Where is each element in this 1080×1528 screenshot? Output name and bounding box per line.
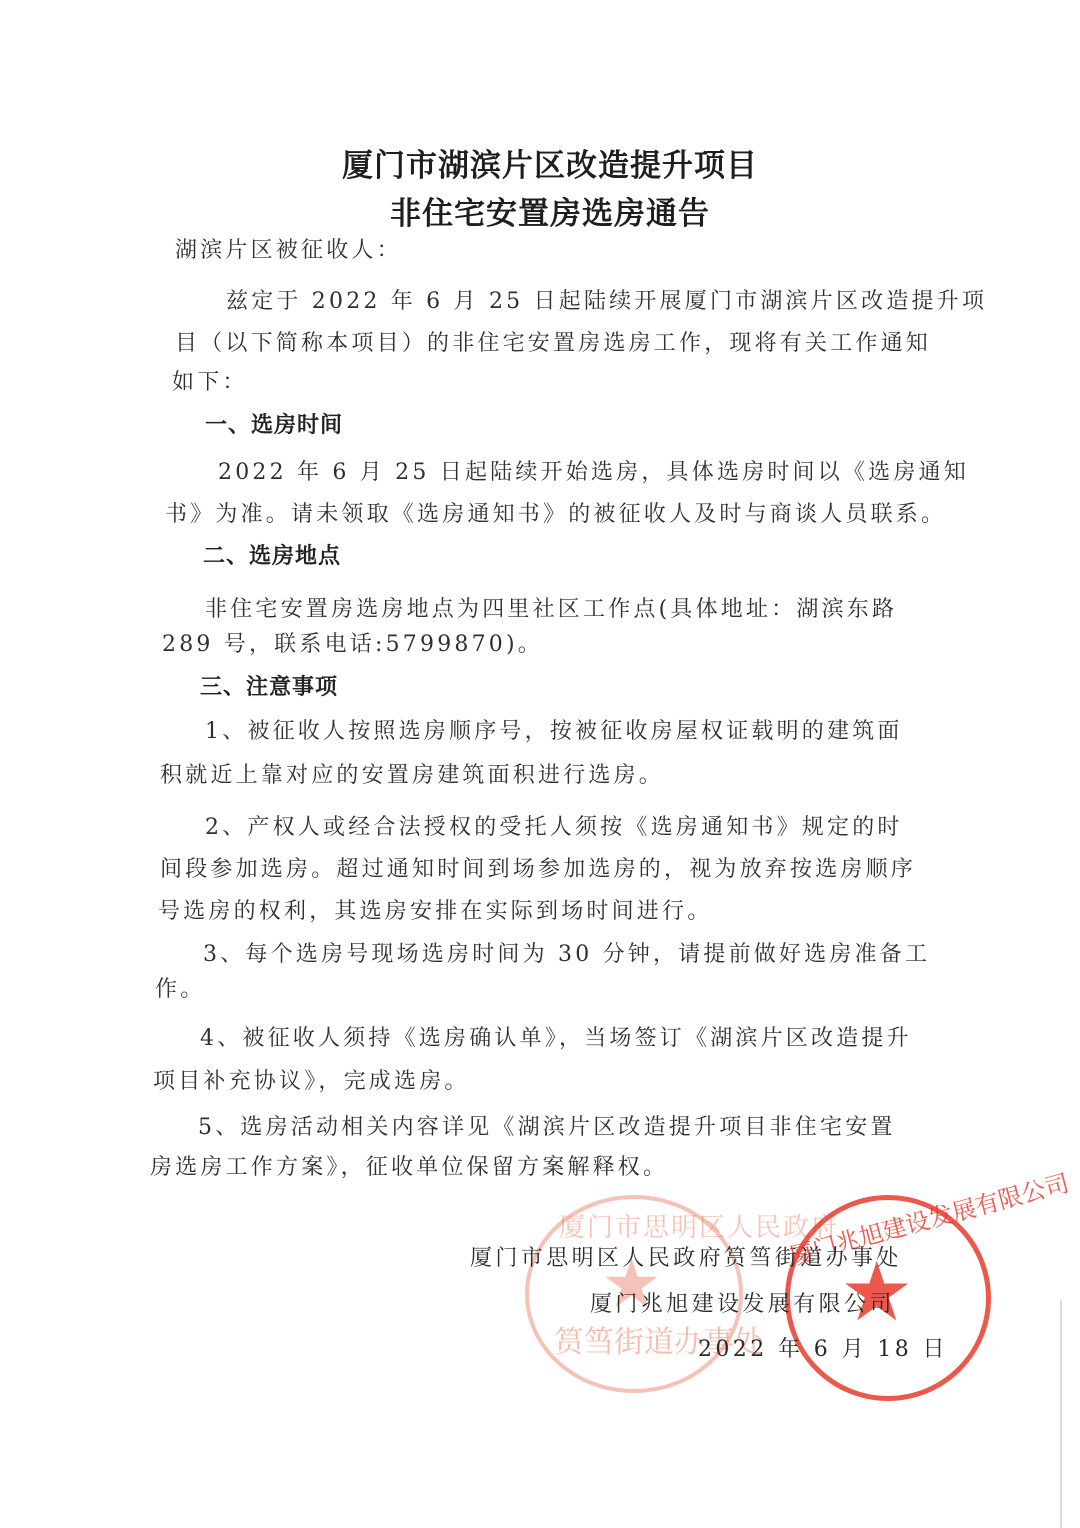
note-item-2-line: 2、产权人或经合法授权的受托人须按《选房通知书》规定的时 bbox=[205, 810, 903, 841]
note-item-4-line: 4、被征收人须持《选房确认单》，当场签订《湖滨片区改造提升 bbox=[200, 1021, 912, 1052]
note-item-5-line: 房选房工作方案》，征收单位保留方案解释权。 bbox=[150, 1150, 668, 1181]
document-page: 厦门市湖滨片区改造提升项目 非住宅安置房选房通告 湖滨片区被征收人： 兹定于 2… bbox=[0, 0, 1080, 1528]
signature-org1: 厦门市思明区人民政府筼筜街道办事处 bbox=[470, 1241, 902, 1272]
note-item-5-line: 5、选房活动相关内容详见《湖滨片区改造提升项目非住宅安置 bbox=[198, 1110, 896, 1141]
section-heading-time: 一、选房时间 bbox=[205, 408, 343, 439]
intro-line: 兹定于 2022 年 6 月 25 日起陆续开展厦门市湖滨片区改造提升项 bbox=[226, 284, 987, 315]
note-item-2-line: 号选房的权利，其选房安排在实际到场时间进行。 bbox=[158, 894, 712, 925]
section-location-line: 289 号，联系电话:5799870)。 bbox=[162, 627, 543, 658]
signature-date: 2022 年 6 月 18 日 bbox=[698, 1332, 948, 1363]
salutation: 湖滨片区被征收人： bbox=[175, 233, 402, 264]
note-item-3-line: 3、每个选房号现场选房时间为 30 分钟，请提前做好选房准备工 bbox=[203, 937, 930, 968]
section-heading-notes: 三、注意事项 bbox=[200, 670, 338, 701]
section-time-line: 书》为准。请未领取《选房通知书》的被征收人及时与商谈人员联系。 bbox=[165, 497, 946, 528]
document-title-line1: 厦门市湖滨片区改造提升项目 bbox=[0, 140, 1080, 185]
note-item-3-line: 作。 bbox=[155, 972, 205, 1003]
note-item-4-line: 项目补充协议》，完成选房。 bbox=[153, 1064, 470, 1095]
note-item-1-line: 1、被征收人按照选房顺序号，按被征收房屋权证载明的建筑面 bbox=[205, 714, 903, 745]
section-location-line: 非住宅安置房选房地点为四里社区工作点(具体地址：湖滨东路 bbox=[205, 592, 897, 623]
section-time-line: 2022 年 6 月 25 日起陆续开始选房，具体选房时间以《选房通知 bbox=[218, 455, 969, 486]
scan-edge-divider bbox=[1060, 1300, 1062, 1528]
note-item-2-line: 间段参加选房。超过通知时间到场参加选房的，视为放弃按选房顺序 bbox=[160, 852, 916, 883]
document-title-line2: 非住宅安置房选房通告 bbox=[0, 188, 1080, 233]
intro-line: 目（以下简称本项目）的非住宅安置房选房工作，现将有关工作通知 bbox=[175, 326, 931, 357]
section-heading-location: 二、选房地点 bbox=[203, 539, 341, 570]
intro-line: 如下： bbox=[172, 365, 248, 396]
note-item-1-line: 积就近上靠对应的安置房建筑面积进行选房。 bbox=[160, 758, 664, 789]
signature-org2: 厦门兆旭建设发展有限公司 bbox=[590, 1287, 895, 1318]
